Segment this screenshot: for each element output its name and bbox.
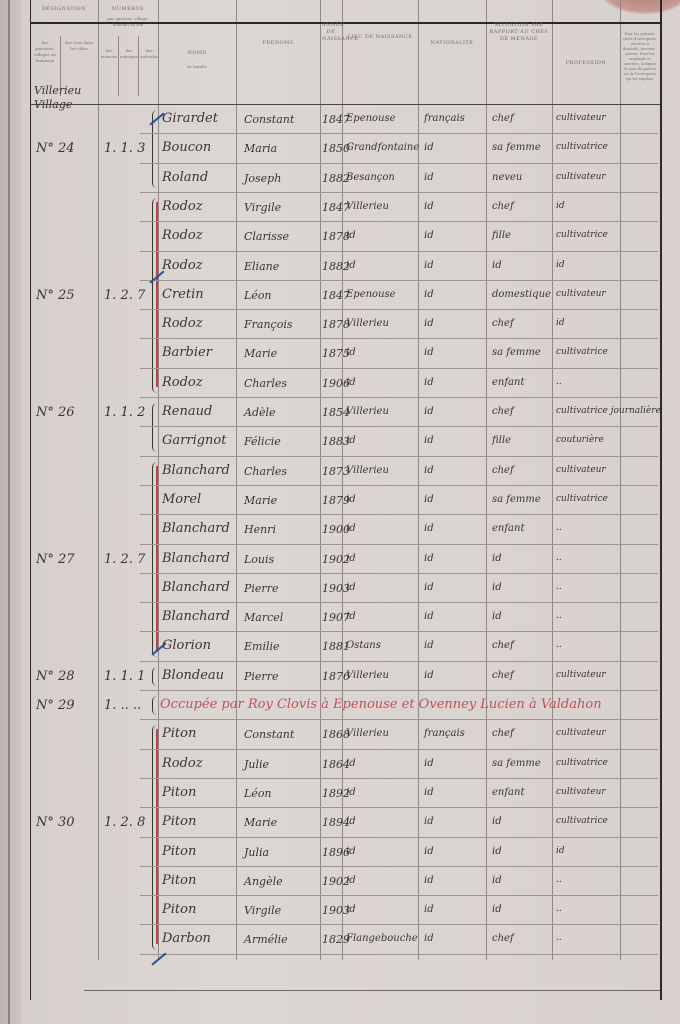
birthplace: Villerieu	[346, 201, 389, 212]
household-brace	[152, 696, 157, 715]
birthplace: Ostans	[346, 640, 381, 651]
household-number: N° 28	[36, 669, 75, 684]
household-situation: chef	[492, 728, 514, 739]
header-numeros-sub: par quartier, village, hameau ou rue	[100, 16, 156, 28]
given-name: Clarisse	[244, 230, 289, 243]
profession: ..	[556, 377, 562, 387]
given-name: Louis	[244, 553, 274, 566]
given-name: Marcel	[244, 611, 283, 624]
surname: Blondeau	[162, 668, 224, 683]
birthplace: id	[346, 347, 356, 358]
row-rule	[140, 690, 658, 691]
nationality: id	[424, 465, 434, 476]
row-rule	[140, 163, 658, 164]
column-rule	[30, 0, 31, 1000]
row-rule	[140, 661, 658, 662]
household-situation: neveu	[492, 172, 522, 183]
household-situation: chef	[492, 640, 514, 651]
household-number: N° 27	[36, 552, 75, 567]
nationality: id	[424, 611, 434, 622]
household-counts: 1. .. ..	[104, 698, 141, 713]
given-name: Virgile	[244, 201, 281, 214]
header-noms: Noms	[160, 50, 234, 57]
household-situation: chef	[492, 465, 514, 476]
nationality: id	[424, 172, 434, 183]
surname: Rodoz	[162, 756, 203, 771]
household-situation: enfant	[492, 377, 524, 388]
surname: Darbon	[162, 931, 211, 946]
header-nationalite: Nationalité	[420, 40, 484, 47]
finger-obstruction	[600, 0, 680, 15]
given-name: Armélie	[244, 933, 288, 946]
household-situation: chef	[492, 406, 514, 417]
birthplace: Grandfontaine	[346, 142, 419, 153]
birthplace: Besançon	[346, 172, 395, 183]
column-rule	[620, 0, 621, 960]
surname: Piton	[162, 814, 196, 829]
row-rule	[140, 573, 658, 574]
header-numeros-menages: des ménages	[120, 48, 138, 60]
surname: Cretin	[162, 287, 204, 302]
household-number: N° 24	[36, 141, 75, 156]
household-situation: sa femme	[492, 494, 541, 505]
row-rule	[140, 807, 658, 808]
header-profession: Profession	[554, 60, 618, 67]
occupancy-note: Occupée par Roy Clovis à Epenouse et Ove…	[160, 697, 602, 712]
household-situation: id	[492, 816, 502, 827]
row-rule	[140, 309, 658, 310]
birthplace: id	[346, 816, 356, 827]
given-name: Léon	[244, 787, 272, 800]
nationality: id	[424, 846, 434, 857]
row-rule	[140, 456, 658, 457]
birthplace: Villerieu	[346, 465, 389, 476]
birthplace: id	[346, 758, 356, 769]
profession: cultivateur	[556, 113, 606, 123]
row-rule	[140, 485, 658, 486]
household-counts: 1. 2. 8	[104, 815, 145, 830]
row-rule	[140, 895, 658, 896]
profession: ..	[556, 933, 562, 943]
household-counts: 1. 1. 3	[104, 141, 145, 156]
given-name: Marie	[244, 494, 277, 507]
nationality: id	[424, 260, 434, 271]
household-situation: id	[492, 553, 502, 564]
given-name: Emilie	[244, 640, 280, 653]
header-numeros: Numéros	[100, 6, 156, 13]
row-rule	[140, 924, 658, 925]
nationality: id	[424, 904, 434, 915]
row-rule	[140, 866, 658, 867]
birthplace: id	[346, 377, 356, 388]
given-name: Henri	[244, 523, 276, 536]
profession: ..	[556, 611, 562, 621]
header-annee: Année de naissance	[322, 22, 340, 43]
surname: Boucon	[162, 140, 211, 155]
row-rule	[140, 778, 658, 779]
birthplace: Villerieu	[346, 318, 389, 329]
household-counts: 1. 2. 7	[104, 288, 145, 303]
nationality: id	[424, 816, 434, 827]
nationality: id	[424, 582, 434, 593]
household-situation: id	[492, 846, 502, 857]
given-name: Joseph	[244, 172, 281, 185]
row-rule	[140, 954, 658, 955]
nationality: id	[424, 289, 434, 300]
surname: Blanchard	[162, 463, 230, 478]
birthplace: id	[346, 787, 356, 798]
nationality: id	[424, 201, 434, 212]
profession: id	[556, 260, 565, 270]
birthplace: Epenouse	[346, 289, 396, 300]
household-situation: chef	[492, 670, 514, 681]
nationality: id	[424, 318, 434, 329]
birthplace: id	[346, 904, 356, 915]
birthplace: id	[346, 553, 356, 564]
nationality: id	[424, 787, 434, 798]
household-situation: chef	[492, 113, 514, 124]
header-designation-sub2: des rues dans les villes	[62, 40, 96, 52]
surname: Piton	[162, 726, 196, 741]
header-numeros-individus: des individus	[140, 48, 158, 60]
given-name: Julie	[244, 758, 269, 771]
bottom-rule	[84, 990, 660, 991]
given-name: Marie	[244, 347, 277, 360]
given-name: Julia	[244, 846, 269, 859]
given-name: François	[244, 318, 292, 331]
birthplace: id	[346, 875, 356, 886]
row-rule	[140, 397, 658, 398]
given-name: Adèle	[244, 406, 276, 419]
profession: cultivateur	[556, 728, 606, 738]
column-rule	[486, 0, 487, 960]
column-rule	[660, 0, 662, 1000]
nationality: id	[424, 640, 434, 651]
profession: couturière	[556, 435, 604, 445]
household-counts: 1. 2. 7	[104, 552, 145, 567]
birthplace: id	[346, 846, 356, 857]
column-rule	[236, 0, 237, 960]
red-mark	[156, 202, 158, 387]
surname: Rodoz	[162, 199, 203, 214]
profession: id	[556, 201, 565, 211]
header-noms-sub: de famille	[160, 64, 234, 70]
given-name: Pierre	[244, 670, 278, 683]
household-situation: sa femme	[492, 758, 541, 769]
birthplace: Epenouse	[346, 113, 396, 124]
surname: Blanchard	[162, 551, 230, 566]
row-rule	[140, 749, 658, 750]
household-situation: id	[492, 875, 502, 886]
household-situation: id	[492, 904, 502, 915]
binding-edge	[0, 0, 22, 1024]
row-rule	[140, 280, 658, 281]
nationality: id	[424, 377, 434, 388]
nationality: id	[424, 435, 434, 446]
household-counts: 1. 1. 1	[104, 669, 145, 684]
row-rule	[140, 251, 658, 252]
locality-label: Villerieu Village	[34, 84, 94, 112]
household-situation: id	[492, 582, 502, 593]
nationality: français	[424, 113, 465, 124]
nationality: français	[424, 728, 465, 739]
row-rule	[140, 192, 658, 193]
birthplace: id	[346, 494, 356, 505]
given-name: Marie	[244, 816, 277, 829]
household-situation: chef	[492, 318, 514, 329]
household-number: N° 30	[36, 815, 75, 830]
surname: Blanchard	[162, 609, 230, 624]
row-rule	[140, 631, 658, 632]
surname: Girardet	[162, 111, 218, 126]
profession: cultivatrice	[556, 347, 608, 357]
surname: Garrignot	[162, 433, 226, 448]
profession: cultivateur	[556, 289, 606, 299]
nationality: id	[424, 553, 434, 564]
nationality: id	[424, 933, 434, 944]
household-situation: fille	[492, 230, 511, 241]
profession: cultivatrice	[556, 816, 608, 826]
profession: cultivatrice	[556, 142, 608, 152]
given-name: Félicie	[244, 435, 281, 448]
household-brace	[152, 403, 157, 452]
column-rule	[552, 0, 553, 960]
profession: ..	[556, 553, 562, 563]
household-situation: fille	[492, 435, 511, 446]
birthplace: id	[346, 260, 356, 271]
row-rule	[140, 544, 658, 545]
household-situation: sa femme	[492, 347, 541, 358]
household-situation: chef	[492, 933, 514, 944]
given-name: Virgile	[244, 904, 281, 917]
birthplace: id	[346, 523, 356, 534]
given-name: Constant	[244, 113, 294, 126]
subcolumn-rule	[138, 36, 139, 96]
household-counts: 1. 1. 2	[104, 405, 145, 420]
profession: cultivateur	[556, 172, 606, 182]
nationality: id	[424, 347, 434, 358]
column-rule	[320, 0, 321, 960]
birthplace: Villerieu	[346, 406, 389, 417]
row-rule	[140, 602, 658, 603]
household-number: N° 29	[36, 698, 75, 713]
birthplace: id	[346, 230, 356, 241]
row-rule	[140, 719, 658, 720]
row-rule	[140, 368, 658, 369]
profession: cultivatrice	[556, 758, 608, 768]
header-situation: Situation par rapport au chef de ménage	[488, 22, 550, 43]
household-situation: id	[492, 260, 502, 271]
surname: Roland	[162, 170, 208, 185]
given-name: Charles	[244, 377, 287, 390]
profession: cultivatrice	[556, 494, 608, 504]
row-rule	[140, 426, 658, 427]
birthplace: Villerieu	[346, 728, 389, 739]
row-rule	[140, 338, 658, 339]
nationality: id	[424, 670, 434, 681]
header-designation-sub1: des quartiers, villages ou hameaux	[32, 40, 58, 64]
row-rule	[140, 133, 658, 134]
nationality: id	[424, 758, 434, 769]
profession: ..	[556, 582, 562, 592]
profession: ..	[556, 904, 562, 914]
surname: Barbier	[162, 345, 212, 360]
subcolumn-rule	[118, 36, 119, 96]
register-page: DésignationNumérosNomsPrénomsAnnée de na…	[22, 0, 680, 1024]
profession: ..	[556, 523, 562, 533]
profession: cultivateur	[556, 670, 606, 680]
given-name: Eliane	[244, 260, 279, 273]
profession: cultivatrice	[556, 230, 608, 240]
red-mark	[156, 466, 158, 651]
household-situation: sa femme	[492, 142, 541, 153]
nationality: id	[424, 142, 434, 153]
household-situation: enfant	[492, 787, 524, 798]
nationality: id	[424, 875, 434, 886]
surname: Blanchard	[162, 521, 230, 536]
nationality: id	[424, 230, 434, 241]
profession: ..	[556, 640, 562, 650]
surname: Rodoz	[162, 316, 203, 331]
surname: Piton	[162, 873, 196, 888]
surname: Piton	[162, 844, 196, 859]
household-situation: enfant	[492, 523, 524, 534]
header-lieu: Lieu de naissance	[344, 34, 416, 41]
household-brace	[152, 667, 157, 686]
surname: Glorion	[162, 638, 211, 653]
profession: cultivatrice journalière	[556, 406, 661, 416]
header-bottom-rule	[30, 104, 660, 105]
household-situation: domestique	[492, 289, 551, 300]
header-numeros-maisons: des maisons	[100, 48, 118, 60]
row-rule	[140, 514, 658, 515]
birthplace: id	[346, 611, 356, 622]
header-prenoms: Prénoms	[238, 40, 318, 47]
profession: cultivateur	[556, 465, 606, 475]
surname: Morel	[162, 492, 201, 507]
household-number: N° 26	[36, 405, 75, 420]
given-name: Angèle	[244, 875, 283, 888]
birthplace: Villerieu	[346, 670, 389, 681]
given-name: Léon	[244, 289, 272, 302]
given-name: Constant	[244, 728, 294, 741]
column-rule	[158, 0, 159, 960]
row-rule	[140, 837, 658, 838]
surname: Blanchard	[162, 580, 230, 595]
household-number: N° 25	[36, 288, 75, 303]
nationality: id	[424, 494, 434, 505]
surname: Renaud	[162, 404, 212, 419]
profession: ..	[556, 875, 562, 885]
household-situation: chef	[492, 201, 514, 212]
nationality: id	[424, 406, 434, 417]
profession: cultivateur	[556, 787, 606, 797]
birthplace: id	[346, 435, 356, 446]
header-patron-note: Pour les patrons, chefs d'entreprise, ou…	[622, 32, 658, 82]
birthplace: id	[346, 582, 356, 593]
header-designation: Désignation	[32, 6, 96, 13]
surname: Rodoz	[162, 375, 203, 390]
profession: id	[556, 846, 565, 856]
surname: Piton	[162, 902, 196, 917]
given-name: Charles	[244, 465, 287, 478]
row-rule	[140, 221, 658, 222]
given-name: Pierre	[244, 582, 278, 595]
nationality: id	[424, 523, 434, 534]
household-situation: id	[492, 611, 502, 622]
surname: Rodoz	[162, 228, 203, 243]
birthplace: Flangebouche	[346, 933, 418, 944]
profession: id	[556, 318, 565, 328]
given-name: Maria	[244, 142, 277, 155]
surname: Piton	[162, 785, 196, 800]
surname: Rodoz	[162, 258, 203, 273]
column-rule	[98, 0, 99, 960]
